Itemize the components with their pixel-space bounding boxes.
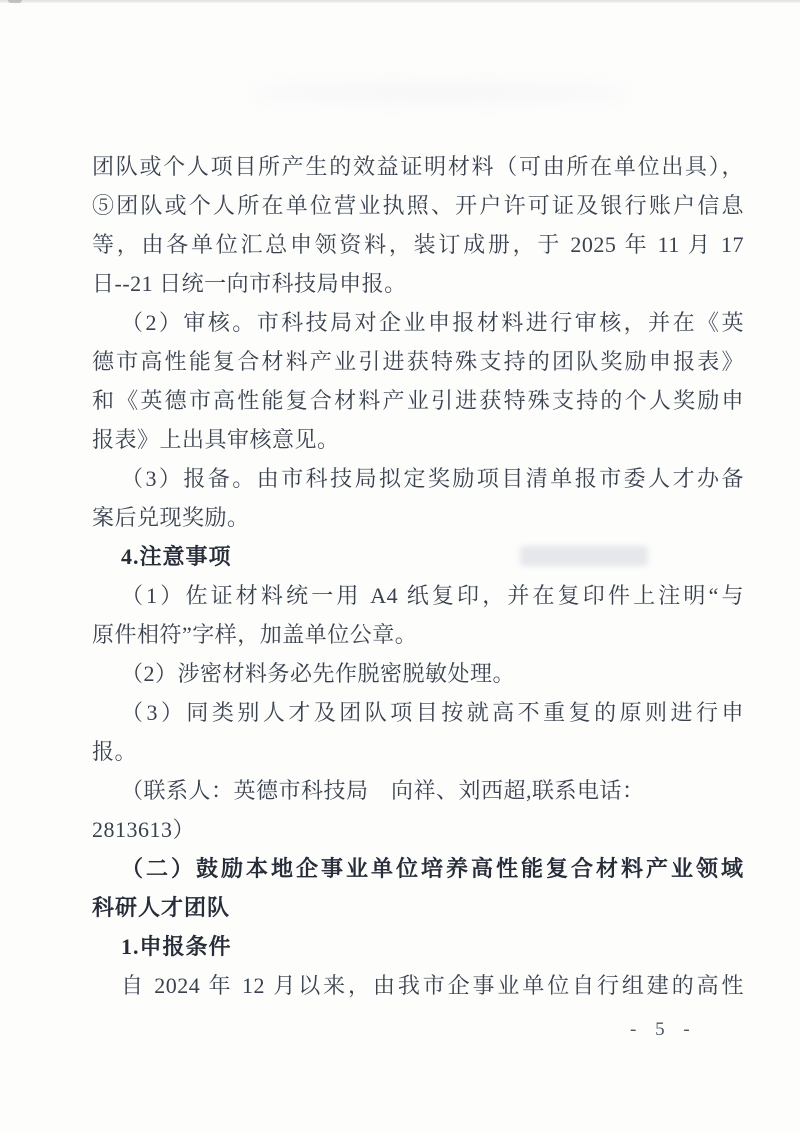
scan-artifact xyxy=(8,0,22,3)
section-heading-notes: 4.注意事项 xyxy=(92,537,744,576)
doc-line: ⑤团队或个人所在单位营业执照、开户许可证及银行账户信息 xyxy=(92,186,744,225)
doc-line: 日--21 日统一向市科技局申报。 xyxy=(92,264,744,303)
doc-line: （2）审核。市科技局对企业申报材料进行审核，并在《英 xyxy=(92,303,744,342)
section-heading-2: （二）鼓励本地企事业单位培养高性能复合材料产业领域 xyxy=(92,849,744,888)
section-heading-2-cont: 科研人才团队 xyxy=(92,888,744,927)
doc-line: 案后兑现奖励。 xyxy=(92,498,744,537)
doc-line: 自 2024 年 12 月以来，由我市企事业单位自行组建的高性 xyxy=(92,966,744,1005)
doc-line: 报表》上出具审核意见。 xyxy=(92,420,744,459)
document-body: 团队或个人项目所产生的效益证明材料（可由所在单位出具）， ⑤团队或个人所在单位营… xyxy=(92,147,744,1005)
subsection-heading-conditions: 1.申报条件 xyxy=(92,927,744,966)
scan-artifact xyxy=(250,82,630,104)
doc-line: 原件相符”字样，加盖单位公章。 xyxy=(92,615,744,654)
document-page: 团队或个人项目所产生的效益证明材料（可由所在单位出具）， ⑤团队或个人所在单位营… xyxy=(0,0,800,1131)
doc-line: （3）同类别人才及团队项目按就高不重复的原则进行申 xyxy=(92,693,744,732)
doc-line: （1）佐证材料统一用 A4 纸复印，并在复印件上注明“与 xyxy=(92,576,744,615)
doc-line: 等，由各单位汇总申领资料，装订成册，于 2025 年 11 月 17 xyxy=(92,225,744,264)
contact-line: （联系人：英德市科技局 向祥、刘西超,联系电话： xyxy=(92,771,744,810)
doc-line: （2）涉密材料务必先作脱密脱敏处理。 xyxy=(92,654,744,693)
page-number: - 5 - xyxy=(630,1019,697,1041)
doc-line: 和《英德市高性能复合材料产业引进获特殊支持的个人奖励申 xyxy=(92,381,744,420)
doc-line: （3）报备。由市科技局拟定奖励项目清单报市委人才办备 xyxy=(92,459,744,498)
doc-line: 德市高性能复合材料产业引进获特殊支持的团队奖励申报表》 xyxy=(92,342,744,381)
doc-line: 报。 xyxy=(92,732,744,771)
doc-line: 团队或个人项目所产生的效益证明材料（可由所在单位出具）， xyxy=(92,147,744,186)
scan-edge xyxy=(0,0,800,3)
contact-phone: 2813613） xyxy=(92,810,744,849)
